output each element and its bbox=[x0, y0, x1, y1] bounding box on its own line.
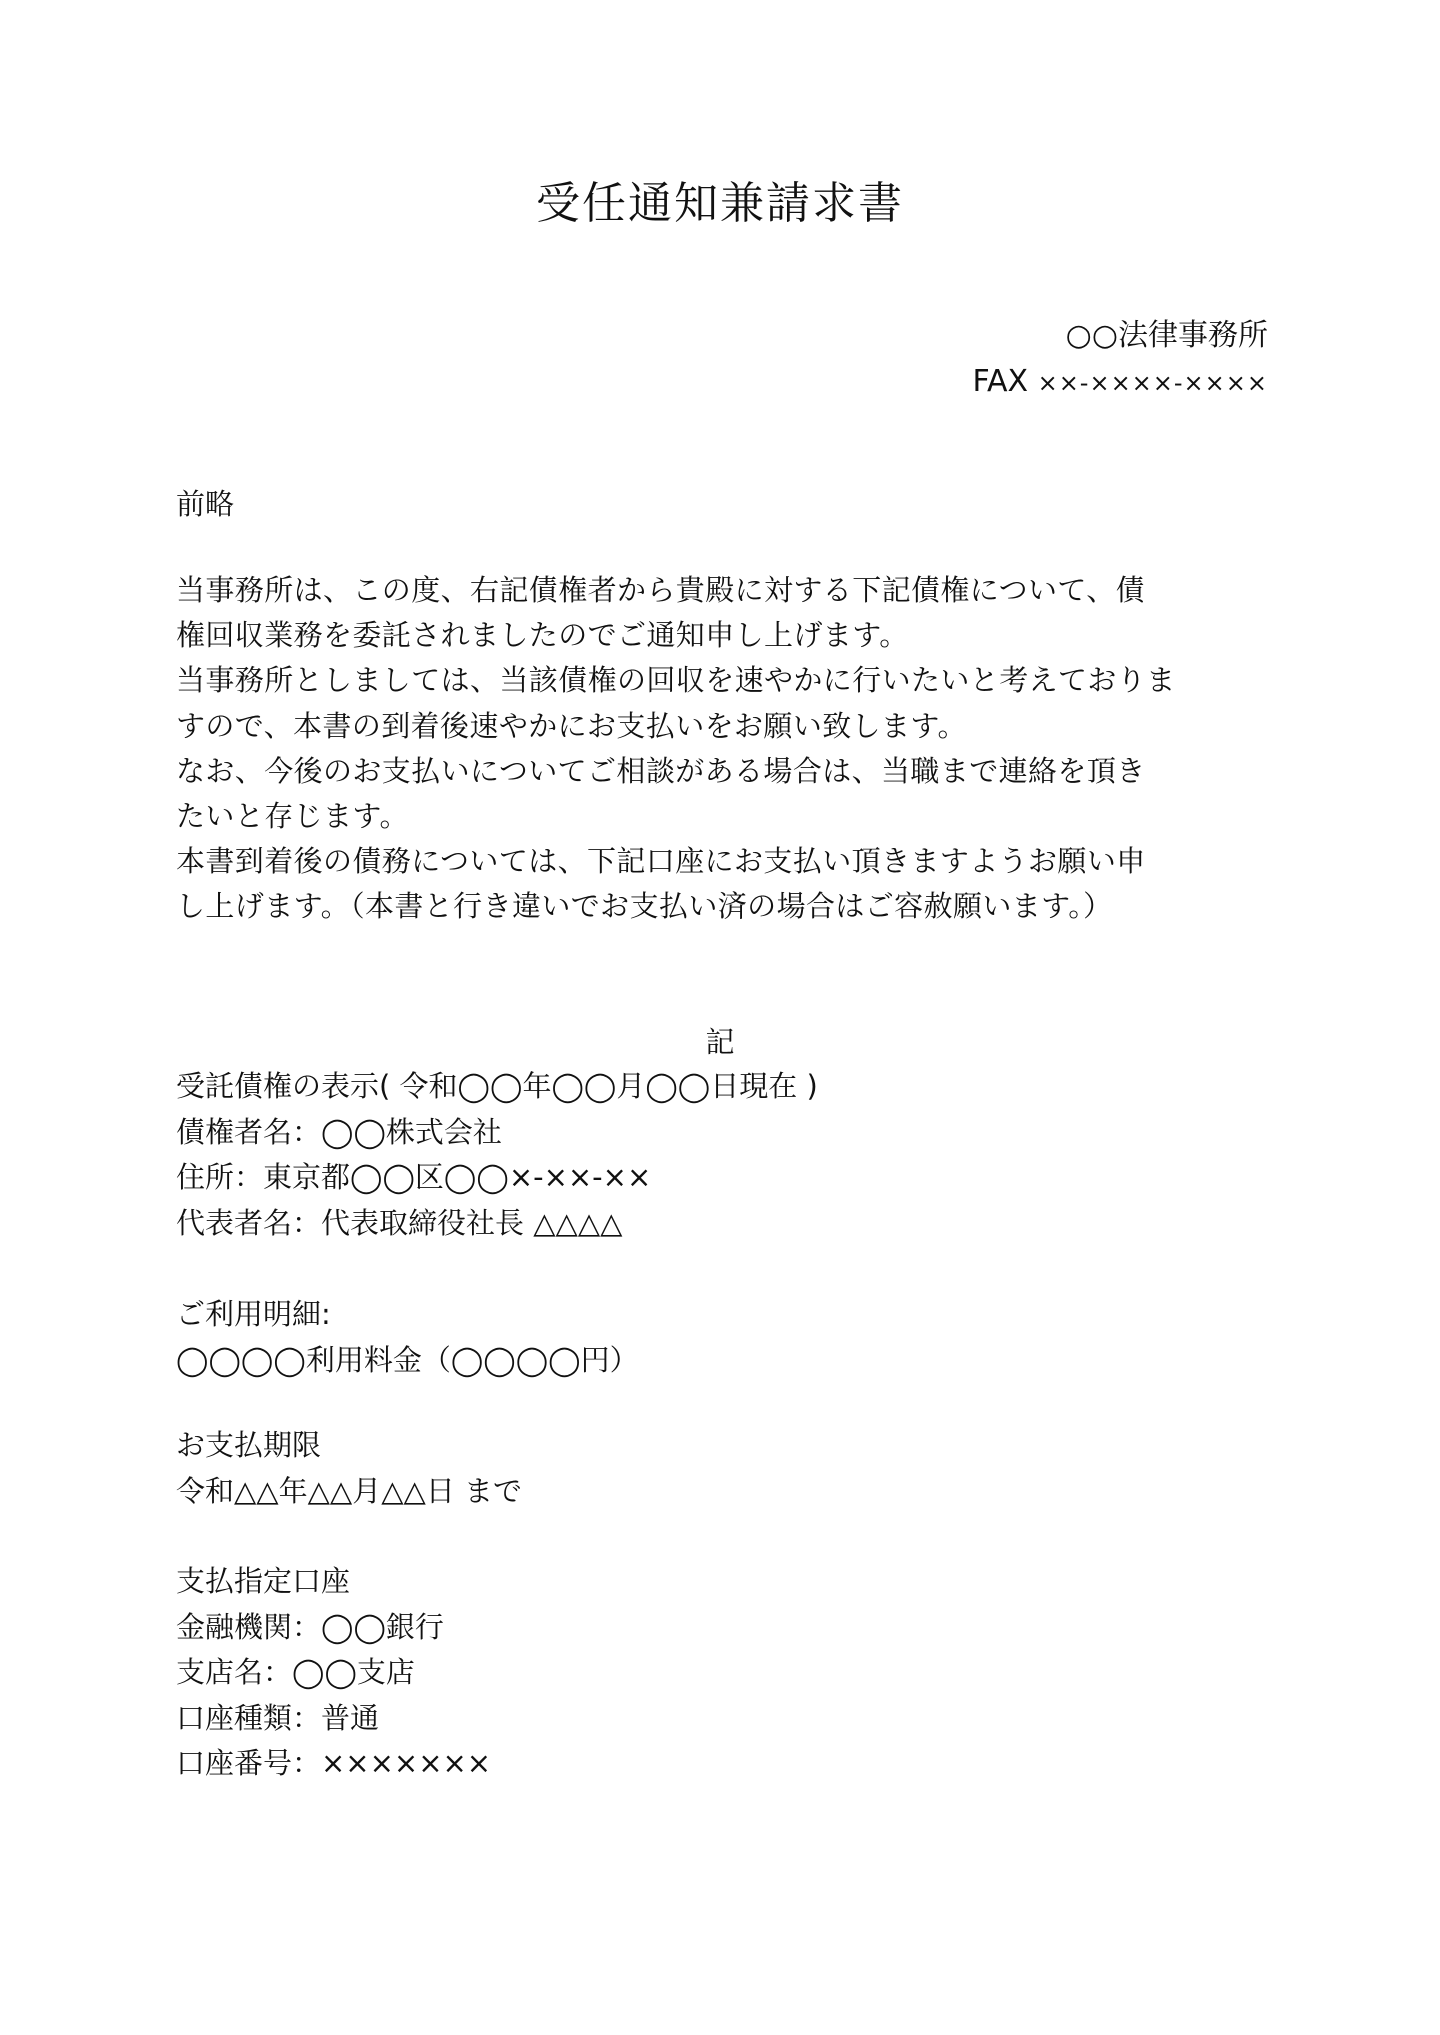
body-line: 権回収業務を委託されましたのでご通知申し上げます。 bbox=[176, 613, 1276, 658]
opening-greeting: 前略 bbox=[176, 482, 234, 526]
account-type: 口座種類：普通 bbox=[176, 1696, 491, 1742]
body-line: たいと存じます。 bbox=[176, 794, 1276, 839]
creditor-address: 住所：東京都◯◯区◯◯×-××-×× bbox=[176, 1155, 818, 1201]
body-line: すので、本書の到着後速やかにお支払いをお願い致します。 bbox=[176, 704, 1276, 749]
fax-line: FAX ××-××××-×××× bbox=[972, 359, 1268, 406]
law-firm-name: ○○法律事務所 bbox=[972, 313, 1268, 359]
account-number: 口座番号：××××××× bbox=[176, 1741, 491, 1787]
account-section: 支払指定口座 金融機関：◯◯銀行 支店名：◯◯支店 口座種類：普通 口座番号：×… bbox=[176, 1559, 491, 1787]
account-heading: 支払指定口座 bbox=[176, 1559, 491, 1605]
document-title: 受任通知兼請求書 bbox=[0, 176, 1440, 232]
usage-section: ご利用明細: ◯◯◯◯利用料金（◯◯◯◯円） bbox=[176, 1292, 639, 1383]
sender-block: ○○法律事務所 FAX ××-××××-×××× bbox=[972, 313, 1268, 406]
bank-name: 金融機関：◯◯銀行 bbox=[176, 1605, 491, 1651]
usage-heading: ご利用明細: bbox=[176, 1292, 639, 1338]
fax-label: FAX bbox=[972, 364, 1028, 399]
deadline-section: お支払期限 令和△△年△△月△△日 まで bbox=[176, 1423, 522, 1514]
debt-heading: 受託債権の表示( 令和◯◯年◯◯月◯◯日現在 ) bbox=[176, 1064, 818, 1110]
debt-section: 受託債権の表示( 令和◯◯年◯◯月◯◯日現在 ) 債権者名：◯◯株式会社 住所：… bbox=[176, 1064, 818, 1246]
document-page: 受任通知兼請求書 ○○法律事務所 FAX ××-××××-×××× 前略 当事務… bbox=[0, 0, 1440, 2035]
branch-name: 支店名：◯◯支店 bbox=[176, 1650, 491, 1696]
body-line: 当事務所としましては、当該債権の回収を速やかに行いたいと考えておりま bbox=[176, 658, 1276, 703]
body-line: なお、今後のお支払いについてご相談がある場合は、当職まで連絡を頂き bbox=[176, 749, 1276, 794]
notice-body: 当事務所は、この度、右記債権者から貴殿に対する下記債権について、債 権回収業務を… bbox=[176, 568, 1276, 930]
creditor-representative: 代表者名：代表取締役社長 △△△△ bbox=[176, 1201, 818, 1247]
creditor-name: 債権者名：◯◯株式会社 bbox=[176, 1110, 818, 1156]
body-line: 本書到着後の債務については、下記口座にお支払い頂きますようお願い申 bbox=[176, 839, 1276, 884]
body-line: 当事務所は、この度、右記債権者から貴殿に対する下記債権について、債 bbox=[176, 568, 1276, 613]
deadline-date: 令和△△年△△月△△日 まで bbox=[176, 1469, 522, 1515]
usage-detail: ◯◯◯◯利用料金（◯◯◯◯円） bbox=[176, 1338, 639, 1384]
deadline-heading: お支払期限 bbox=[176, 1423, 522, 1469]
fax-number: ××-××××-×××× bbox=[1038, 369, 1268, 397]
body-line: し上げます。（本書と行き違いでお支払い済の場合はご容赦願います。） bbox=[176, 884, 1276, 929]
ki-heading: 記 bbox=[0, 1020, 1440, 1064]
